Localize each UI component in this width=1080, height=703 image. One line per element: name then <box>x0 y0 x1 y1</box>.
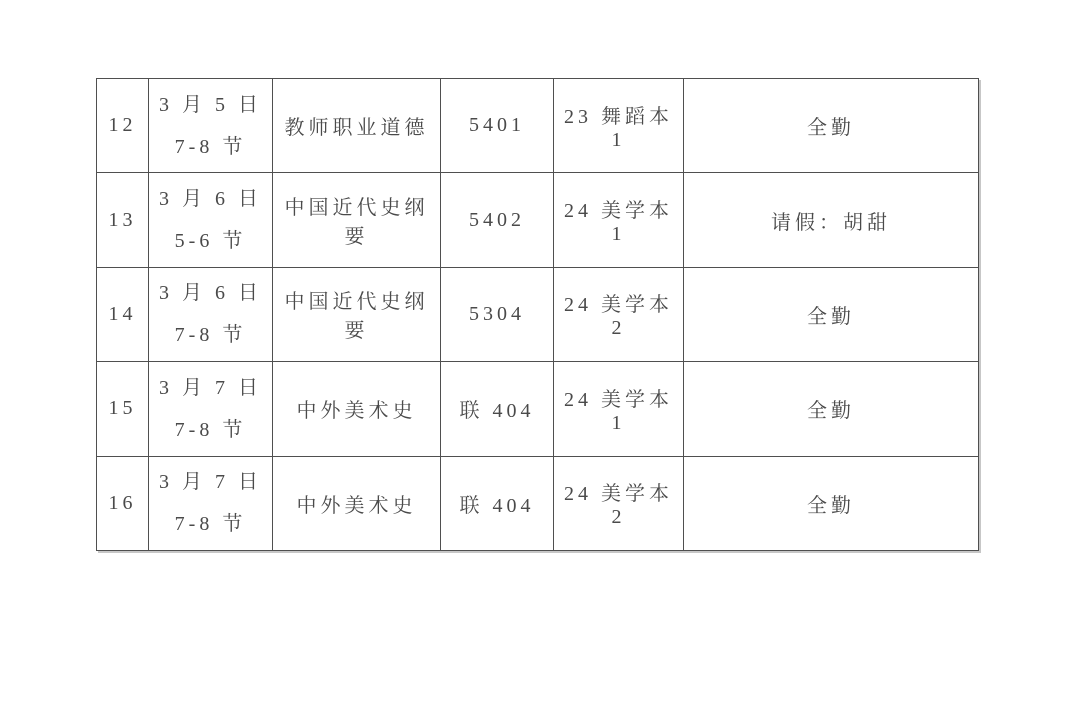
cell-date-period: 3 月 6 日 5-6 节 <box>149 173 273 267</box>
date-text: 3 月 6 日 <box>149 272 272 314</box>
table-row: 13 3 月 6 日 5-6 节 中国近代史纲要 5402 24 美学本 1 请… <box>97 173 979 267</box>
date-text: 3 月 5 日 <box>149 84 272 126</box>
period-text: 5-6 节 <box>149 220 272 262</box>
cell-course: 中国近代史纲要 <box>273 173 441 267</box>
cell-room: 联 404 <box>441 362 554 456</box>
cell-room: 联 404 <box>441 456 554 550</box>
cell-date-period: 3 月 7 日 7-8 节 <box>149 456 273 550</box>
cell-attendance-status: 全勤 <box>684 267 979 361</box>
cell-class: 23 舞蹈本 1 <box>554 79 684 173</box>
cell-attendance-status: 全勤 <box>684 456 979 550</box>
cell-course: 中国近代史纲要 <box>273 267 441 361</box>
date-text: 3 月 7 日 <box>149 461 272 503</box>
cell-row-number: 13 <box>97 173 149 267</box>
period-text: 7-8 节 <box>149 409 272 451</box>
date-text: 3 月 7 日 <box>149 367 272 409</box>
cell-attendance-status: 全勤 <box>684 362 979 456</box>
cell-room: 5401 <box>441 79 554 173</box>
cell-course: 中外美术史 <box>273 456 441 550</box>
period-text: 7-8 节 <box>149 314 272 356</box>
attendance-table: 12 3 月 5 日 7-8 节 教师职业道德 5401 23 舞蹈本 1 全勤… <box>96 78 979 551</box>
cell-room: 5402 <box>441 173 554 267</box>
table-row: 16 3 月 7 日 7-8 节 中外美术史 联 404 24 美学本 2 全勤 <box>97 456 979 550</box>
cell-row-number: 12 <box>97 79 149 173</box>
cell-course: 中外美术史 <box>273 362 441 456</box>
cell-date-period: 3 月 6 日 7-8 节 <box>149 267 273 361</box>
table-row: 15 3 月 7 日 7-8 节 中外美术史 联 404 24 美学本 1 全勤 <box>97 362 979 456</box>
cell-attendance-status: 请假：胡甜 <box>684 173 979 267</box>
cell-class: 24 美学本 2 <box>554 267 684 361</box>
table-row: 14 3 月 6 日 7-8 节 中国近代史纲要 5304 24 美学本 2 全… <box>97 267 979 361</box>
table-row: 12 3 月 5 日 7-8 节 教师职业道德 5401 23 舞蹈本 1 全勤 <box>97 79 979 173</box>
cell-attendance-status: 全勤 <box>684 79 979 173</box>
period-text: 7-8 节 <box>149 126 272 168</box>
cell-class: 24 美学本 1 <box>554 362 684 456</box>
cell-row-number: 16 <box>97 456 149 550</box>
cell-row-number: 15 <box>97 362 149 456</box>
cell-date-period: 3 月 5 日 7-8 节 <box>149 79 273 173</box>
cell-date-period: 3 月 7 日 7-8 节 <box>149 362 273 456</box>
cell-class: 24 美学本 2 <box>554 456 684 550</box>
cell-room: 5304 <box>441 267 554 361</box>
date-text: 3 月 6 日 <box>149 178 272 220</box>
cell-course: 教师职业道德 <box>273 79 441 173</box>
period-text: 7-8 节 <box>149 503 272 545</box>
cell-row-number: 14 <box>97 267 149 361</box>
document-page: 12 3 月 5 日 7-8 节 教师职业道德 5401 23 舞蹈本 1 全勤… <box>0 0 1080 703</box>
cell-class: 24 美学本 1 <box>554 173 684 267</box>
